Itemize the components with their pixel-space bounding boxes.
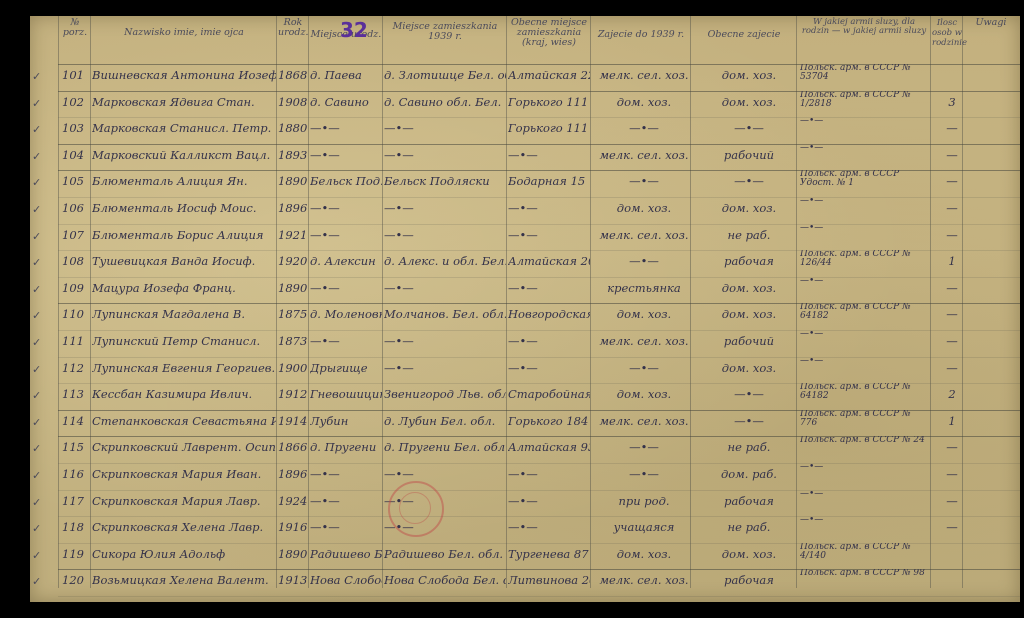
cell-current: —•—: [508, 467, 590, 481]
cell-birthplace: Нова Слобода: [310, 573, 382, 587]
cell-num: 101: [62, 68, 90, 82]
cell-name: Степанковская Севастьяна И.: [92, 414, 276, 428]
cell-occ-before: мелк. сел. хоз.: [598, 573, 690, 587]
cell-residence: —•—: [384, 281, 506, 295]
cell-born: 1920: [278, 254, 308, 268]
cell-name: Тушевицкая Ванда Иосиф.: [92, 254, 276, 268]
cell-current: Горького 111: [508, 121, 590, 135]
cell-check: ✓: [32, 203, 41, 216]
cell-family: —: [942, 520, 962, 534]
cell-occ-before: —•—: [598, 361, 690, 375]
cell-num: 118: [62, 520, 90, 534]
cell-num: 109: [62, 281, 90, 295]
cell-check: ✓: [32, 123, 41, 136]
header-occupation-before: Zajecie do 1939 r.: [592, 30, 690, 40]
cell-num: 112: [62, 361, 90, 375]
cell-family: 1: [942, 254, 962, 268]
cell-name: Мацура Иозефа Франц.: [92, 281, 276, 295]
cell-current: Литвинова 26: [508, 573, 590, 587]
cell-check: ✓: [32, 97, 41, 110]
cell-occ-now: дом. хоз.: [702, 201, 796, 215]
cell-current: —•—: [508, 520, 590, 534]
cell-name: Сикора Юлия Адольф: [92, 547, 276, 561]
cell-army: —•—: [800, 357, 930, 366]
cell-check: ✓: [32, 389, 41, 402]
cell-born: 1896: [278, 201, 308, 215]
cell-num: 115: [62, 440, 90, 454]
cell-check: ✓: [32, 442, 41, 455]
cell-family: —: [942, 174, 962, 188]
cell-num: 104: [62, 148, 90, 162]
cell-check: ✓: [32, 363, 41, 376]
cell-num: 105: [62, 174, 90, 188]
table-row: ✓116Скрипковская Мария Иван.1896—•——•——•…: [30, 465, 1020, 487]
cell-residence: д. Савино обл. Бел.: [384, 95, 506, 109]
cell-current: —•—: [508, 228, 590, 242]
header-num: № porz.: [60, 18, 90, 38]
table-row: ✓108Тушевицкая Ванда Иосиф.1920д. Алекси…: [30, 252, 1020, 274]
cell-name: Марковская Станисл. Петр.: [92, 121, 276, 135]
cell-army: Польск. арм. в СССР № 4/140: [800, 543, 930, 561]
cell-residence: —•—: [384, 228, 506, 242]
cell-occ-before: при род.: [598, 494, 690, 508]
cell-born: 1913: [278, 573, 308, 587]
cell-army: Польск. арм. в СССР № 53704: [800, 64, 930, 82]
cell-check: ✓: [32, 575, 41, 588]
table-row: ✓114Степанковская Севастьяна И.1914Лубин…: [30, 412, 1020, 434]
cell-check: ✓: [32, 256, 41, 269]
cell-current: Алтайская 206: [508, 254, 590, 268]
cell-residence: д. Злотишце Бел. обл.: [384, 68, 506, 82]
cell-occ-now: —•—: [702, 121, 796, 135]
header-residence-1939: Miejsce zamieszkania 1939 r.: [384, 22, 506, 42]
cell-birthplace: Дрыгище: [310, 361, 382, 375]
cell-occ-before: дом. хоз.: [598, 547, 690, 561]
cell-family: —: [942, 228, 962, 242]
header-current-occupation: Obecne zajecie: [692, 30, 796, 40]
cell-residence: —•—: [384, 467, 506, 481]
header-name: Nazwisko imie, imie ojca: [92, 28, 276, 38]
cell-occ-now: дом. хоз.: [702, 68, 796, 82]
table-row: ✓103Марковская Станисл. Петр.1880—•——•—Г…: [30, 119, 1020, 141]
cell-occ-now: —•—: [702, 414, 796, 428]
cell-birthplace: —•—: [310, 121, 382, 135]
cell-occ-now: —•—: [702, 387, 796, 401]
cell-born: 1873: [278, 334, 308, 348]
cell-current: —•—: [508, 361, 590, 375]
cell-occ-now: не раб.: [702, 440, 796, 454]
cell-current: Алтайская 93: [508, 440, 590, 454]
cell-birthplace: д. Алексин: [310, 254, 382, 268]
cell-occ-before: мелк. сел. хоз.: [598, 334, 690, 348]
cell-check: ✓: [32, 416, 41, 429]
cell-name: Вишневская Антонина Иозеф.: [92, 68, 276, 82]
table-row: ✓117Скрипковская Мария Лавр.1924—•——•——•…: [30, 492, 1020, 514]
cell-birthplace: —•—: [310, 334, 382, 348]
cell-num: 102: [62, 95, 90, 109]
cell-born: 1914: [278, 414, 308, 428]
cell-name: Скрипковская Мария Лавр.: [92, 494, 276, 508]
cell-num: 108: [62, 254, 90, 268]
cell-current: Горького 111: [508, 95, 590, 109]
cell-occ-now: —•—: [702, 174, 796, 188]
cell-num: 113: [62, 387, 90, 401]
cell-family: —: [942, 494, 962, 508]
cell-occ-before: мелк. сел. хоз.: [598, 68, 690, 82]
cell-residence: Бельск Подляски: [384, 174, 506, 188]
cell-family: —: [942, 201, 962, 215]
cell-army: Польск. арм. в СССР № 1/2818: [800, 91, 930, 109]
archival-register-page: № porz. Nazwisko imie, imie ojca Rok uro…: [30, 16, 1020, 602]
cell-occ-now: дом. раб.: [702, 467, 796, 481]
cell-check: ✓: [32, 496, 41, 509]
cell-residence: —•—: [384, 334, 506, 348]
cell-birthplace: Гневошицин: [310, 387, 382, 401]
cell-residence: —•—: [384, 361, 506, 375]
table-row: ✓118Скрипковская Хелена Лавр.1916—•——•——…: [30, 518, 1020, 540]
cell-birthplace: —•—: [310, 228, 382, 242]
cell-residence: Радишево Бел. обл.: [384, 547, 506, 561]
cell-num: 107: [62, 228, 90, 242]
cell-birthplace: —•—: [310, 467, 382, 481]
cell-army: Польск. арм. в СССР № 24: [800, 436, 930, 445]
cell-occ-now: рабочая: [702, 573, 796, 587]
cell-current: —•—: [508, 201, 590, 215]
cell-army: —•—: [800, 224, 930, 233]
cell-check: ✓: [32, 176, 41, 189]
cell-current: Тургенева 87: [508, 547, 590, 561]
cell-occ-before: —•—: [598, 440, 690, 454]
cell-occ-before: —•—: [598, 121, 690, 135]
table-row: ✓113Кессбан Казимира Ивлич.1912Гневошици…: [30, 385, 1020, 407]
cell-check: ✓: [32, 283, 41, 296]
cell-current: Новгородская 24: [508, 307, 590, 321]
row-divider: [58, 596, 1020, 597]
red-ink-stamp: [388, 481, 444, 537]
cell-born: 1866: [278, 440, 308, 454]
cell-family: —: [942, 121, 962, 135]
cell-current: —•—: [508, 494, 590, 508]
cell-residence: Нова Слобода Бел. обл.: [384, 573, 506, 587]
cell-army: —•—: [800, 117, 930, 126]
cell-num: 110: [62, 307, 90, 321]
cell-name: Скрипковская Мария Иван.: [92, 467, 276, 481]
cell-current: Алтайская 22: [508, 68, 590, 82]
cell-current: Бодарная 15: [508, 174, 590, 188]
table-row: ✓115Скрипковский Лаврент. Осип.1866д. Пр…: [30, 438, 1020, 460]
cell-birthplace: д. Моленовно: [310, 307, 382, 321]
cell-occ-before: дом. хоз.: [598, 201, 690, 215]
cell-current: —•—: [508, 281, 590, 295]
cell-residence: —•—: [384, 201, 506, 215]
cell-army: —•—: [800, 516, 930, 525]
header-notes: Uwagi: [964, 18, 1018, 28]
cell-name: Кессбан Казимира Ивлич.: [92, 387, 276, 401]
table-row: ✓107Блюменталь Борис Алиция1921—•——•——•—…: [30, 226, 1020, 248]
cell-num: 106: [62, 201, 90, 215]
cell-residence: —•—: [384, 148, 506, 162]
header-current-residence: Obecne miejsce zamieszkania (kraj, wies): [508, 18, 590, 48]
cell-born: 1912: [278, 387, 308, 401]
cell-birthplace: —•—: [310, 494, 382, 508]
cell-num: 116: [62, 467, 90, 481]
cell-name: Скрипковский Лаврент. Осип.: [92, 440, 276, 454]
cell-current: Горького 184: [508, 414, 590, 428]
table-row: ✓119Сикора Юлия Адольф1890Радишево Бел.Р…: [30, 545, 1020, 567]
cell-check: ✓: [32, 309, 41, 322]
cell-birthplace: д. Паева: [310, 68, 382, 82]
cell-num: 114: [62, 414, 90, 428]
cell-born: 1900: [278, 361, 308, 375]
table-row: ✓106Блюменталь Иосиф Моис.1896—•——•——•—д…: [30, 199, 1020, 221]
cell-current: Старобойная 10: [508, 387, 590, 401]
cell-occ-now: рабочий: [702, 334, 796, 348]
table-row: ✓120Возьмицкая Хелена Валент.1913Нова Сл…: [30, 571, 1020, 593]
cell-army: —•—: [800, 330, 930, 339]
cell-birthplace: —•—: [310, 281, 382, 295]
cell-occ-now: дом. хоз.: [702, 281, 796, 295]
cell-residence: Звенигород Льв. обл.: [384, 387, 506, 401]
cell-family: —: [942, 281, 962, 295]
cell-occ-now: дом. хоз.: [702, 547, 796, 561]
cell-occ-before: дом. хоз.: [598, 387, 690, 401]
cell-occ-before: дом. хоз.: [598, 95, 690, 109]
header-army: W jakiej armii sluzy, dla rodzin — w jak…: [798, 18, 930, 36]
cell-occ-before: крестьянка: [598, 281, 690, 295]
cell-occ-now: рабочая: [702, 254, 796, 268]
cell-name: Скрипковская Хелена Лавр.: [92, 520, 276, 534]
cell-occ-now: дом. хоз.: [702, 95, 796, 109]
cell-check: ✓: [32, 336, 41, 349]
cell-check: ✓: [32, 70, 41, 83]
cell-army: —•—: [800, 490, 930, 499]
cell-residence: д. Алекс. и обл. Бел.: [384, 254, 506, 268]
cell-name: Блюменталь Борис Алиция: [92, 228, 276, 242]
cell-born: 1916: [278, 520, 308, 534]
cell-residence: Молчанов. Бел. обл.: [384, 307, 506, 321]
cell-family: —: [942, 148, 962, 162]
cell-birthplace: д. Савино: [310, 95, 382, 109]
table-row: ✓105Блюменталь Алиция Ян.1890Бельск Под.…: [30, 172, 1020, 194]
cell-check: ✓: [32, 469, 41, 482]
cell-occ-now: не раб.: [702, 520, 796, 534]
table-row: ✓104Марковский Калликст Вацл.1893—•——•——…: [30, 146, 1020, 168]
cell-occ-now: рабочий: [702, 148, 796, 162]
cell-army: —•—: [800, 144, 930, 153]
cell-check: ✓: [32, 150, 41, 163]
cell-family: 3: [942, 95, 962, 109]
cell-born: 1890: [278, 547, 308, 561]
cell-birthplace: —•—: [310, 201, 382, 215]
cell-born: 1924: [278, 494, 308, 508]
cell-occ-before: дом. хоз.: [598, 307, 690, 321]
cell-check: ✓: [32, 522, 41, 535]
header-family-count: Ilosc osob w rodzinie: [932, 18, 962, 48]
cell-born: 1908: [278, 95, 308, 109]
cell-check: ✓: [32, 549, 41, 562]
cell-num: 120: [62, 573, 90, 587]
cell-num: 117: [62, 494, 90, 508]
cell-birthplace: д. Пругени: [310, 440, 382, 454]
cell-family: 2: [942, 387, 962, 401]
cell-occ-now: не раб.: [702, 228, 796, 242]
cell-army: Польск. арм. в СССР № 64182: [800, 383, 930, 401]
cell-army: Польск. арм. в СССР № 64182: [800, 303, 930, 321]
cell-occ-before: —•—: [598, 254, 690, 268]
cell-num: 119: [62, 547, 90, 561]
cell-num: 103: [62, 121, 90, 135]
cell-occ-before: —•—: [598, 467, 690, 481]
cell-born: 1890: [278, 281, 308, 295]
cell-occ-now: рабочая: [702, 494, 796, 508]
cell-family: —: [942, 307, 962, 321]
page-number: 32: [340, 18, 368, 42]
cell-family: —: [942, 334, 962, 348]
table-row: ✓101Вишневская Антонина Иозеф.1868д. Пае…: [30, 66, 1020, 88]
table-row: ✓112Лупинская Евгения Георгиев.1900Дрыги…: [30, 359, 1020, 381]
cell-occ-before: мелк. сел. хоз.: [598, 228, 690, 242]
cell-birthplace: —•—: [310, 520, 382, 534]
cell-name: Лупинская Магдалена В.: [92, 307, 276, 321]
cell-family: —: [942, 440, 962, 454]
cell-birthplace: Радишево Бел.: [310, 547, 382, 561]
cell-residence: д. Лубин Бел. обл.: [384, 414, 506, 428]
cell-occ-before: мелк. сел. хоз.: [598, 414, 690, 428]
cell-residence: д. Пругени Бел. обл.: [384, 440, 506, 454]
cell-army: —•—: [800, 277, 930, 286]
cell-occ-now: дом. хоз.: [702, 361, 796, 375]
cell-num: 111: [62, 334, 90, 348]
cell-residence: —•—: [384, 121, 506, 135]
cell-name: Лупинская Евгения Георгиев.: [92, 361, 276, 375]
table-row: ✓111Лупинский Петр Станисл.1873—•——•——•—…: [30, 332, 1020, 354]
cell-name: Блюменталь Иосиф Моис.: [92, 201, 276, 215]
cell-occ-before: учащаяся: [598, 520, 690, 534]
cell-check: ✓: [32, 230, 41, 243]
cell-occ-now: дом. хоз.: [702, 307, 796, 321]
cell-birthplace: —•—: [310, 148, 382, 162]
table-row: ✓102Марковская Ядвига Стан.1908д. Савино…: [30, 93, 1020, 115]
cell-name: Марковская Ядвига Стан.: [92, 95, 276, 109]
cell-name: Блюменталь Алиция Ян.: [92, 174, 276, 188]
cell-born: 1880: [278, 121, 308, 135]
cell-born: 1893: [278, 148, 308, 162]
cell-army: Польск. арм. в СССР № 126/44: [800, 250, 930, 268]
header-born: Rok urodz.: [278, 18, 308, 38]
cell-born: 1868: [278, 68, 308, 82]
cell-born: 1875: [278, 307, 308, 321]
cell-born: 1921: [278, 228, 308, 242]
cell-army: Польск. арм. в СССР Удост. № 1: [800, 170, 930, 188]
cell-born: 1896: [278, 467, 308, 481]
cell-birthplace: Бельск Под.: [310, 174, 382, 188]
cell-family: —: [942, 361, 962, 375]
table-row: ✓109Мацура Иозефа Франц.1890—•——•——•—кре…: [30, 279, 1020, 301]
cell-name: Марковский Калликст Вацл.: [92, 148, 276, 162]
cell-family: 1: [942, 414, 962, 428]
cell-born: 1890: [278, 174, 308, 188]
cell-current: —•—: [508, 148, 590, 162]
cell-birthplace: Лубин: [310, 414, 382, 428]
cell-name: Лупинский Петр Станисл.: [92, 334, 276, 348]
cell-army: —•—: [800, 463, 930, 472]
table-row: ✓110Лупинская Магдалена В.1875д. Моленов…: [30, 305, 1020, 327]
cell-current: —•—: [508, 334, 590, 348]
cell-occ-before: —•—: [598, 174, 690, 188]
cell-army: Польск. арм. в СССР № 98: [800, 569, 930, 578]
cell-name: Возьмицкая Хелена Валент.: [92, 573, 276, 587]
cell-occ-before: мелк. сел. хоз.: [598, 148, 690, 162]
cell-army: —•—: [800, 197, 930, 206]
cell-family: —: [942, 467, 962, 481]
cell-army: Польск. арм. в СССР № 776: [800, 410, 930, 428]
